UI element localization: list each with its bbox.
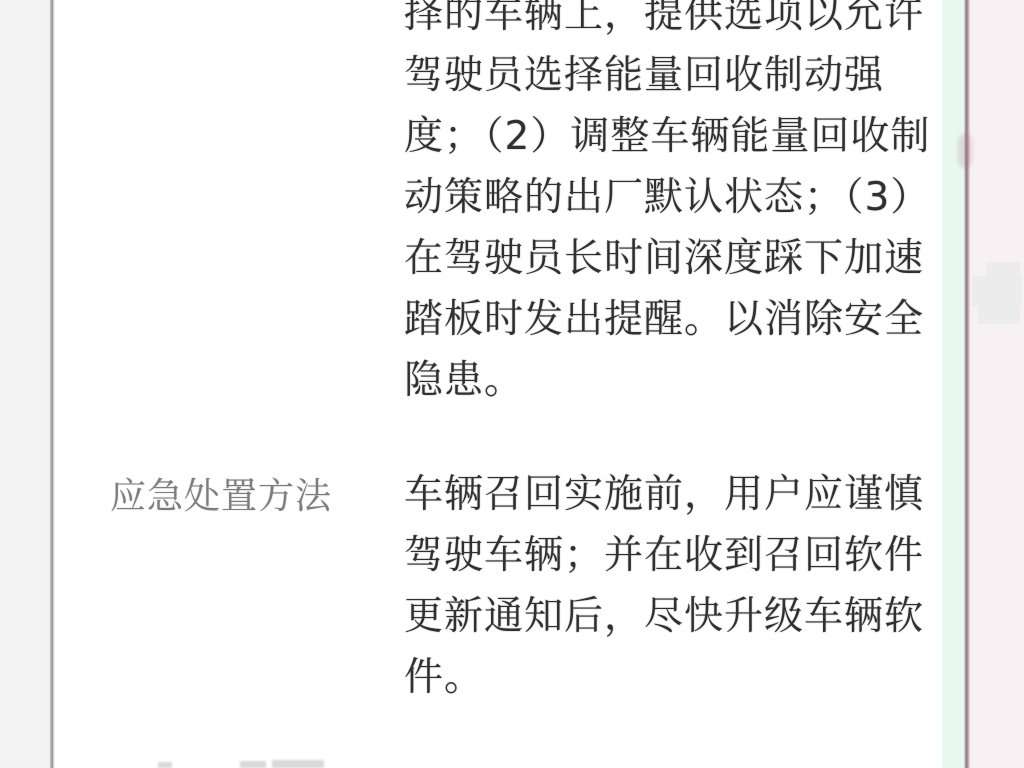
text-line: 在驾驶员长时间深度踩下加速 [404, 228, 944, 289]
partial-glyph-mark [272, 760, 324, 768]
border-smudge-artifact [958, 134, 972, 168]
text-line: 车辆召回实施前，用户应谨慎 [404, 464, 944, 525]
table-left-border [49, 0, 55, 768]
text-line: 度；（2）调整车辆能量回收制 [404, 106, 944, 167]
table-right-border [964, 0, 970, 768]
artifact-shape [978, 300, 1008, 324]
text-line: 动策略的出厂默认状态；（3） [404, 167, 944, 228]
emergency-method-label: 应急处置方法 [110, 477, 332, 517]
text-line: 驾驶员选择能量回收制动强 [404, 45, 944, 106]
document-page: { "colors": { "text": "#303030", "label_… [0, 0, 1024, 768]
page-left-margin [0, 0, 49, 768]
text-line: 踏板时发出提醒。以消除安全 [404, 289, 944, 350]
text-line: 隐患。 [404, 350, 944, 411]
page-right-margin [969, 0, 1024, 768]
emergency-method-text: 车辆召回实施前，用户应谨慎 驾驶车辆；并在收到召回软件 更新通知后，尽快升级车辆… [404, 464, 944, 708]
right-highlight-strip [942, 0, 965, 768]
recall-measures-text: 择的车辆上，提供选项以允许 驾驶员选择能量回收制动强 度；（2）调整车辆能量回收… [404, 0, 944, 411]
text-line: 更新通知后，尽快升级车辆软 [404, 586, 944, 647]
partial-glyph-mark [158, 762, 172, 768]
partial-glyph-mark [240, 761, 266, 768]
text-line: 择的车辆上，提供选项以允许 [404, 0, 944, 45]
text-line: 驾驶车辆；并在收到召回软件 [404, 525, 944, 586]
text-line: 件。 [404, 647, 944, 708]
